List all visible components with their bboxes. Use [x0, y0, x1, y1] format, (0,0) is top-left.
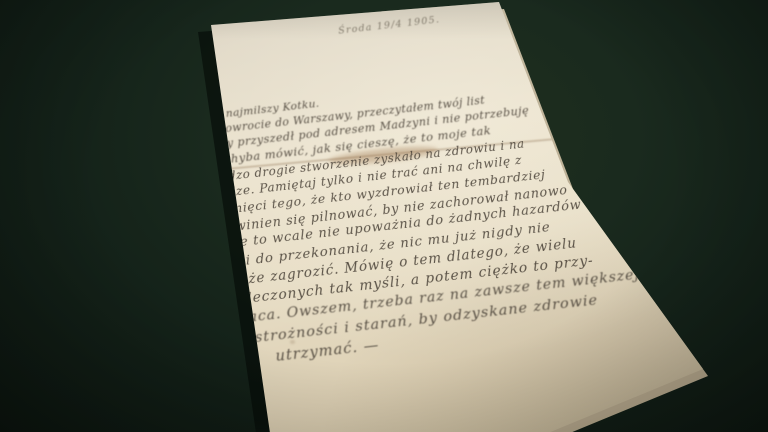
photo-of-letter: Środa 19/4 1905. Mój najmilszy Kotku. Po…: [0, 0, 768, 432]
date-line: Środa 19/4 1905.: [338, 14, 441, 37]
